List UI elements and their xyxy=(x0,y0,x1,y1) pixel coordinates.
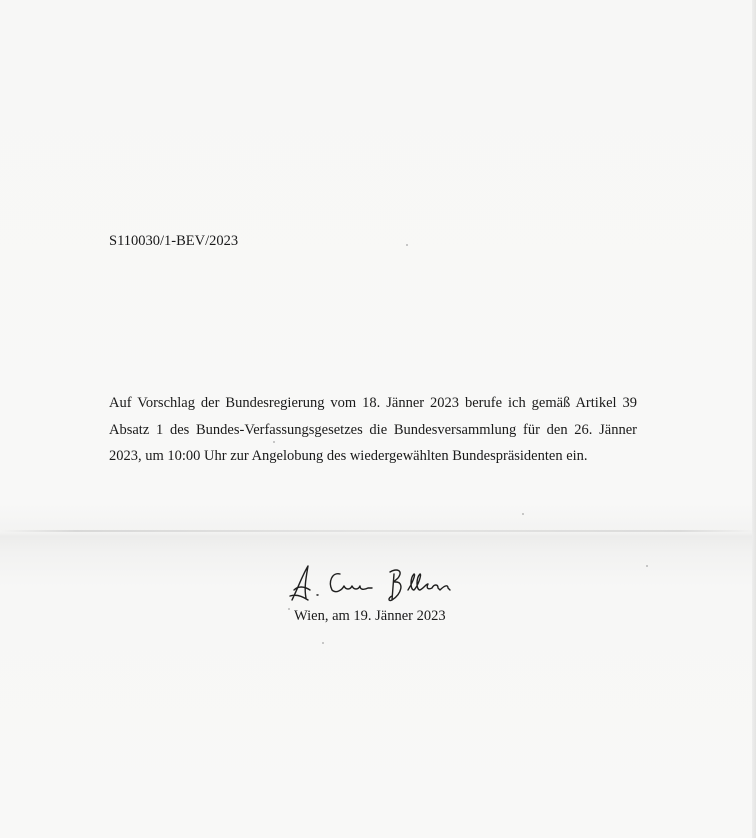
paper-speck xyxy=(522,513,524,515)
body-paragraph: Auf Vorschlag der Bundesregierung vom 18… xyxy=(109,390,637,470)
paper-fold-line xyxy=(0,530,756,532)
paper-speck xyxy=(273,441,275,443)
paper-edge xyxy=(752,0,756,838)
reference-number: S110030/1-BEV/2023 xyxy=(109,233,238,250)
paper-speck xyxy=(646,565,648,567)
place-and-date: Wien, am 19. Jänner 2023 xyxy=(294,608,446,625)
paper-speck xyxy=(322,642,324,644)
paper-speck xyxy=(406,244,408,246)
handwritten-signature xyxy=(288,560,488,606)
scanned-document-page: S110030/1-BEV/2023 Auf Vorschlag der Bun… xyxy=(0,0,756,838)
paper-speck xyxy=(288,608,290,610)
document-body: Auf Vorschlag der Bundesregierung vom 18… xyxy=(109,390,637,470)
